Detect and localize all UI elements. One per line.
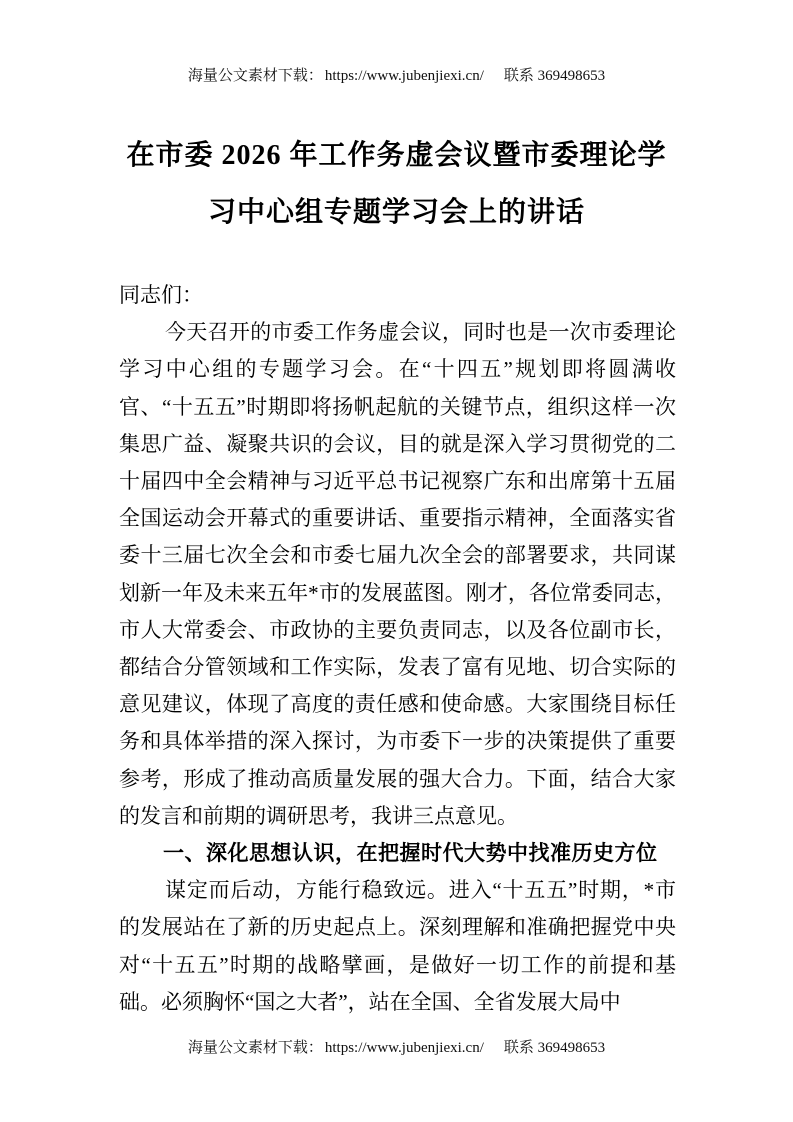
- document-body: 同志们： 今天召开的市委工作务虚会议，同时也是一次市委理论学习中心组的专题学习会…: [119, 277, 676, 1021]
- section-1-paragraph: 谋定而后动，方能行稳致远。进入“十五五”时期，*市的发展站在了新的历史起点上。深…: [119, 872, 676, 1021]
- salutation: 同志们：: [119, 277, 676, 314]
- document-page: 海量公文素材下载：https://www.jubenjiexi.cn/联系 36…: [0, 0, 793, 1122]
- intro-paragraph: 今天召开的市委工作务虚会议，同时也是一次市委理论学习中心组的专题学习会。在“十四…: [119, 314, 676, 835]
- header-url: https://www.jubenjiexi.cn/: [325, 68, 484, 84]
- header-contact: 联系 369498653: [504, 68, 605, 84]
- title-line-1: 在市委 2026 年工作务虚会议暨市委理论学: [90, 127, 703, 184]
- document-title: 在市委 2026 年工作务虚会议暨市委理论学 习中心组专题学习会上的讲话: [90, 127, 703, 241]
- page-footer: 海量公文素材下载：https://www.jubenjiexi.cn/联系 36…: [0, 1038, 793, 1058]
- footer-site-label: 海量公文素材下载：: [188, 1040, 323, 1056]
- section-1-heading: 一、深化思想认识，在把握时代大势中找准历史方位: [119, 835, 676, 872]
- footer-url: https://www.jubenjiexi.cn/: [325, 1040, 484, 1056]
- footer-contact: 联系 369498653: [504, 1040, 605, 1056]
- title-line-2: 习中心组专题学习会上的讲话: [90, 184, 703, 241]
- page-header: 海量公文素材下载：https://www.jubenjiexi.cn/联系 36…: [0, 66, 793, 86]
- header-site-label: 海量公文素材下载：: [188, 68, 323, 84]
